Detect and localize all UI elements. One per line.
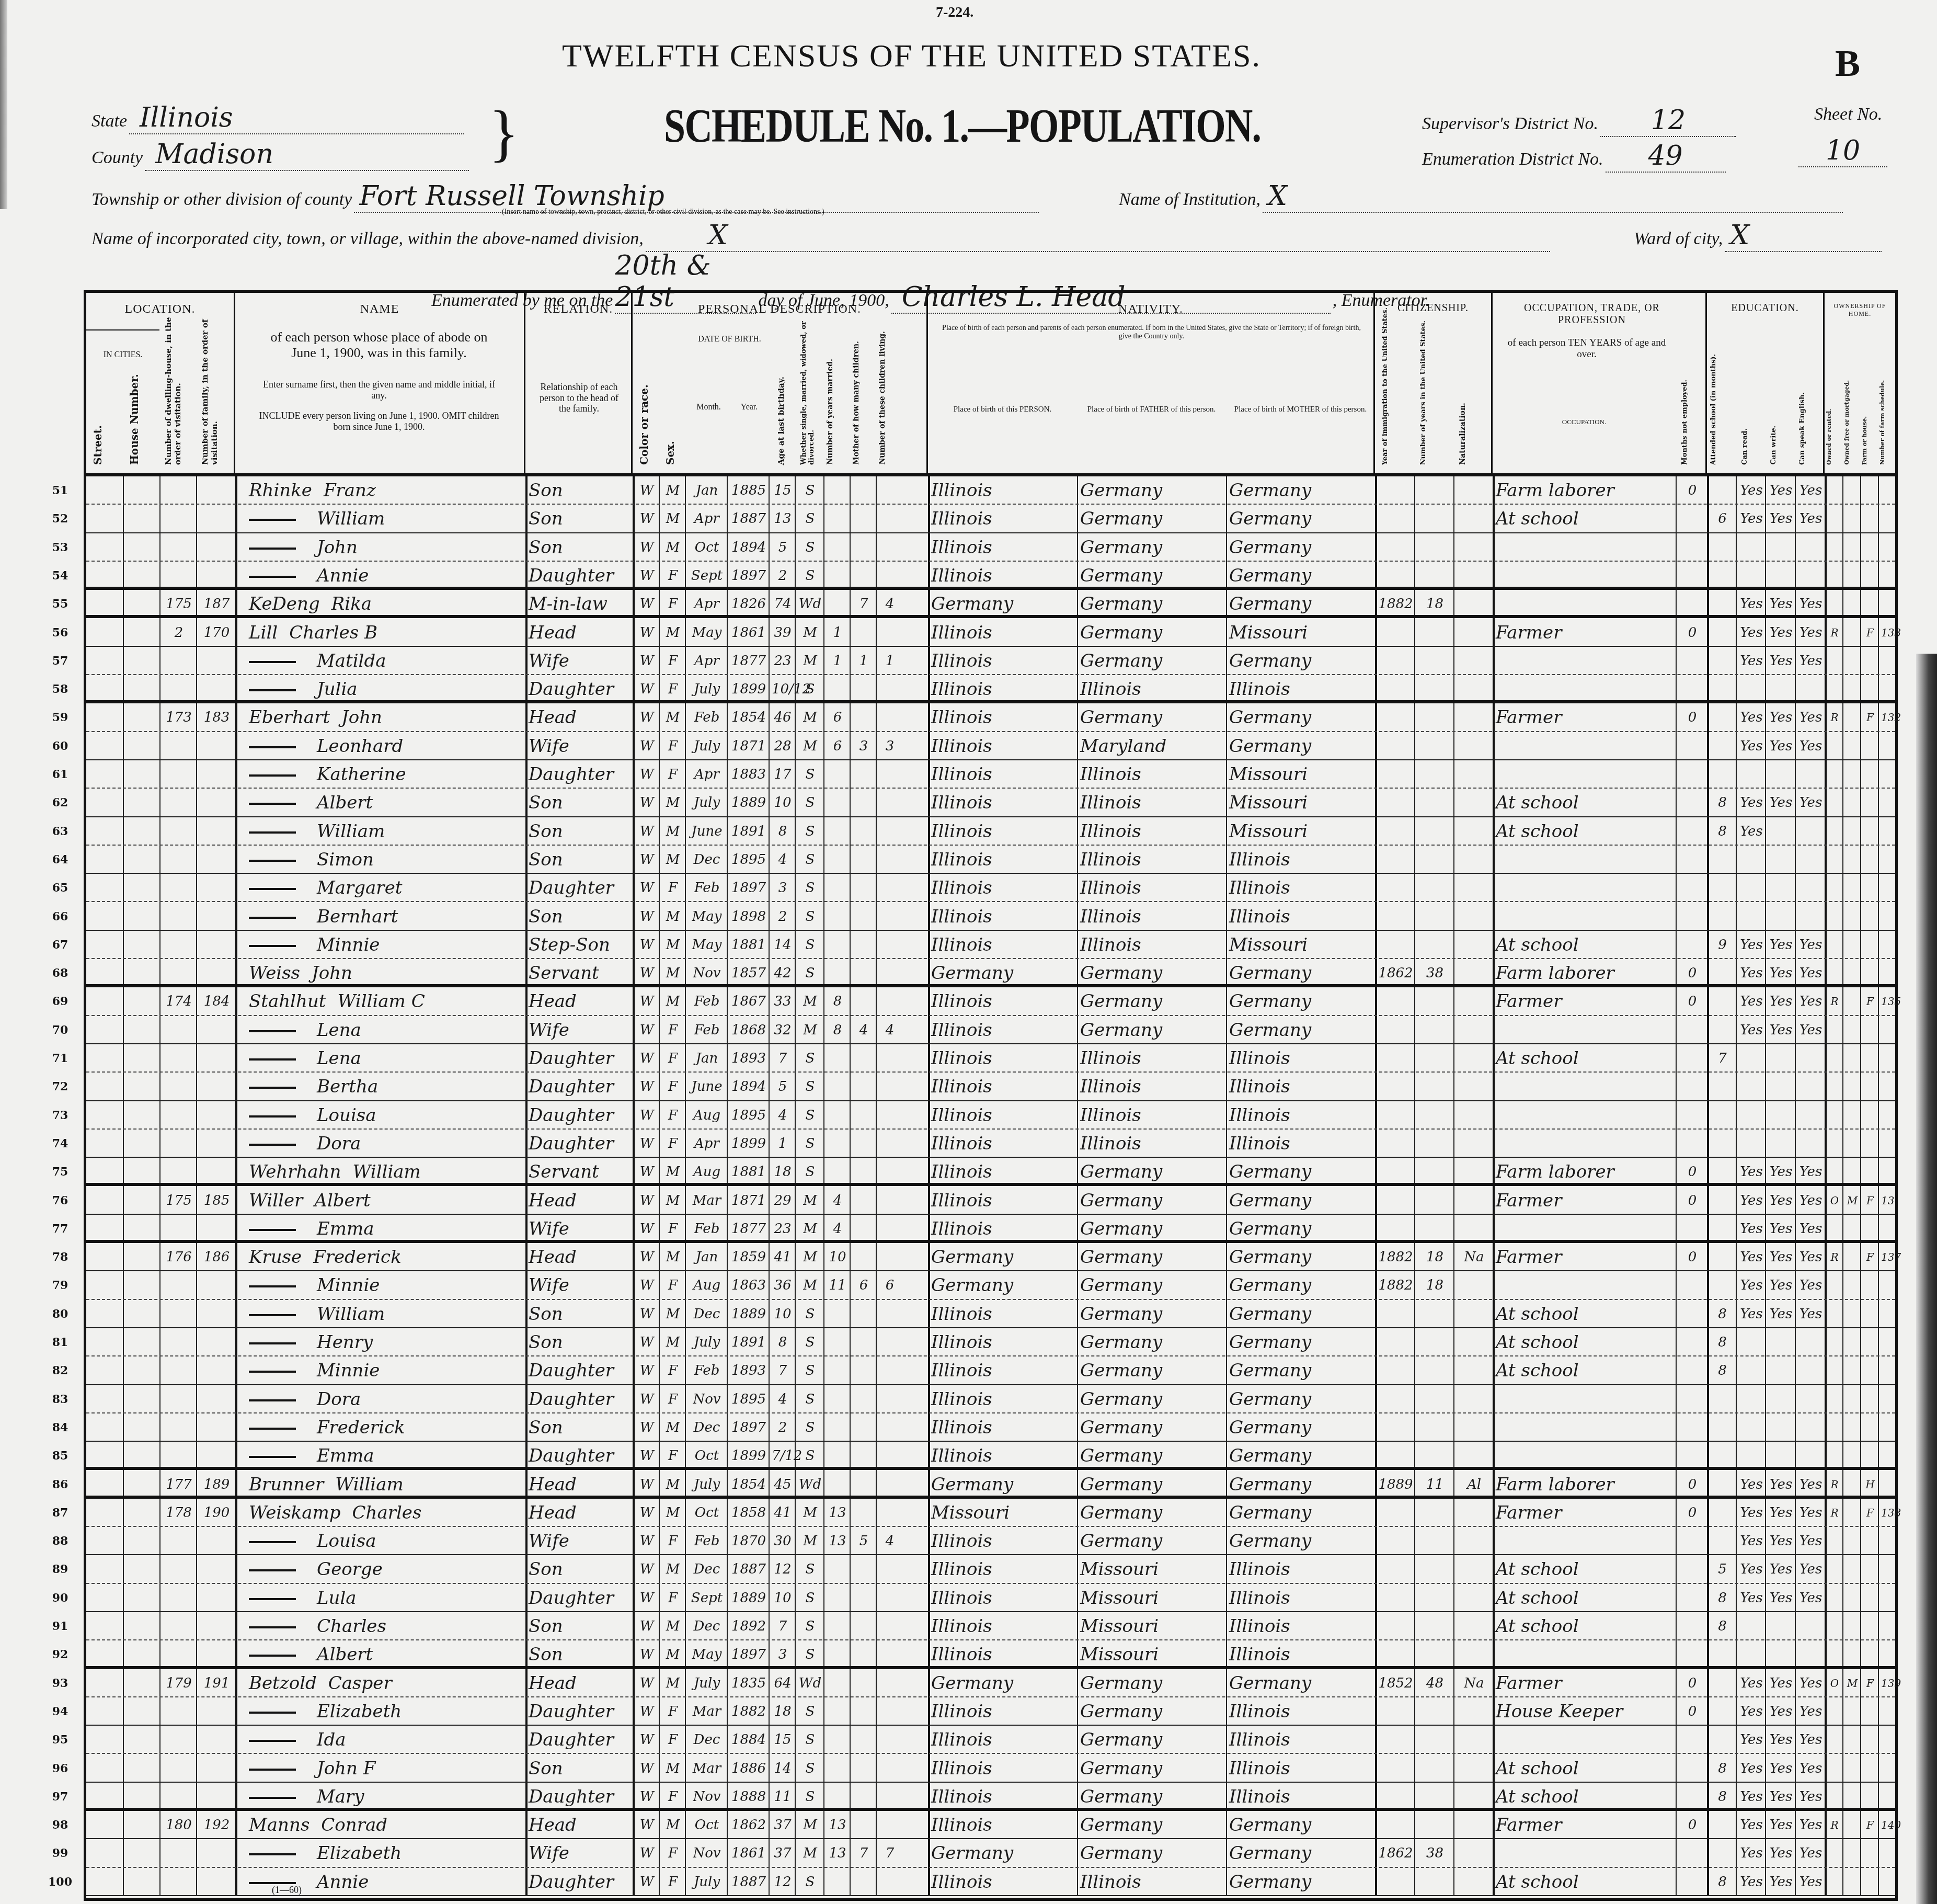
cell-imm bbox=[1378, 1527, 1413, 1554]
person-name: KeDengRika bbox=[238, 590, 524, 615]
cell-age: 4 bbox=[772, 1385, 794, 1412]
cell-yrs bbox=[1417, 1073, 1452, 1100]
cell-mort bbox=[1846, 533, 1859, 561]
cell-sex: M bbox=[662, 1640, 684, 1666]
cell-mo: 1 bbox=[853, 647, 875, 674]
cell-month: July bbox=[688, 1470, 726, 1496]
cell-fh bbox=[1863, 760, 1877, 788]
cell-fh bbox=[1863, 1328, 1877, 1355]
cell-school: 8 bbox=[1710, 1868, 1735, 1895]
cell-relation: Wife bbox=[529, 1527, 632, 1554]
cell-own bbox=[1828, 1640, 1841, 1666]
cell-fs: 138 bbox=[1881, 1499, 1894, 1526]
cell-dwelling bbox=[163, 1044, 195, 1071]
cell-imm bbox=[1378, 1215, 1413, 1240]
census-row: 84FrederickSonWMDec18972SIllinoisGermany… bbox=[86, 1413, 1895, 1442]
cell-fs bbox=[1881, 1073, 1894, 1100]
hdr-age: Age at last birthday. bbox=[776, 377, 786, 465]
cell-year: 1885 bbox=[730, 476, 767, 504]
cell-year: 1877 bbox=[730, 1215, 767, 1240]
surname bbox=[249, 1058, 296, 1061]
cell-sex: M bbox=[662, 476, 684, 504]
cell-bp: Illinois bbox=[931, 1612, 1076, 1639]
given-name: Matilda bbox=[317, 651, 386, 671]
cell-fh bbox=[1863, 1016, 1877, 1043]
cell-unemp bbox=[1679, 1130, 1706, 1157]
cell-fs bbox=[1881, 533, 1894, 561]
cell-bf: Illinois bbox=[1080, 1073, 1225, 1100]
cell-ym bbox=[827, 931, 849, 958]
cell-write: Yes bbox=[1768, 1754, 1794, 1782]
cell-ym bbox=[827, 1300, 849, 1327]
cell-ym bbox=[827, 1726, 849, 1753]
census-row: 98180192MannsConradHeadWMOct186237M13Ill… bbox=[86, 1811, 1895, 1839]
cell-dwelling: 178 bbox=[163, 1499, 195, 1526]
cell-mo bbox=[853, 619, 875, 646]
cell-unemp bbox=[1679, 1527, 1706, 1554]
cell-bf: Germany bbox=[1080, 505, 1225, 532]
surname bbox=[249, 888, 296, 890]
cell-unemp bbox=[1679, 1271, 1706, 1298]
cell-color: W bbox=[636, 590, 658, 615]
group-occupation: OCCUPATION, TRADE, OR PROFESSION of each… bbox=[1493, 293, 1707, 473]
surname bbox=[249, 774, 296, 777]
cell-mo bbox=[853, 987, 875, 1014]
census-row: 83DoraDaughterWFNov18954SIllinoisGermany… bbox=[86, 1385, 1895, 1413]
cell-bp: Illinois bbox=[931, 476, 1076, 504]
cell-mort bbox=[1846, 817, 1859, 845]
person-name: EberhartJohn bbox=[238, 703, 524, 731]
cell-mo: 4 bbox=[853, 1016, 875, 1043]
given-name: Elizabeth bbox=[317, 1843, 402, 1864]
cell-cl bbox=[879, 1783, 901, 1808]
cell-bf: Germany bbox=[1080, 1158, 1225, 1183]
cell-yrs bbox=[1417, 1697, 1452, 1725]
cell-occ: At school bbox=[1496, 817, 1675, 845]
cell-eng: Yes bbox=[1798, 1215, 1824, 1240]
cell-imm bbox=[1378, 505, 1413, 532]
cell-eng: Yes bbox=[1798, 1527, 1824, 1554]
cell-fh bbox=[1863, 590, 1877, 615]
cell-occ: Farmer bbox=[1496, 1669, 1675, 1696]
cell-yrs bbox=[1417, 476, 1452, 504]
cell-cl bbox=[879, 1442, 901, 1467]
cell-age: 32 bbox=[772, 1016, 794, 1043]
cell-relation: Son bbox=[529, 476, 632, 504]
hdr-marital: Whether single, married, widowed, or div… bbox=[800, 293, 816, 465]
cell-age: 10 bbox=[772, 789, 794, 816]
hdr-english: Can speak English. bbox=[1798, 392, 1806, 465]
cell-month: Feb bbox=[688, 1527, 726, 1554]
cell-ym: 13 bbox=[827, 1839, 849, 1866]
cell-eng: Yes bbox=[1798, 931, 1824, 958]
cell-relation: Son bbox=[529, 903, 632, 930]
cell-unemp bbox=[1679, 1783, 1706, 1808]
cell-yrs bbox=[1417, 1328, 1452, 1355]
cell-bm: Illinois bbox=[1229, 903, 1374, 930]
census-row: 76175185WillerAlbertHeadWMMar187129M4Ill… bbox=[86, 1187, 1895, 1215]
cell-fs bbox=[1881, 476, 1894, 504]
cell-write bbox=[1768, 1612, 1794, 1639]
cell-nat bbox=[1457, 1839, 1492, 1866]
line-number: 56 bbox=[44, 626, 76, 640]
cell-occ: At school bbox=[1496, 1044, 1675, 1071]
cell-sex: M bbox=[662, 505, 684, 532]
cell-marital: S bbox=[798, 476, 822, 504]
cell-unemp bbox=[1679, 1839, 1706, 1866]
cell-mort bbox=[1846, 1215, 1859, 1240]
cell-mo bbox=[853, 817, 875, 845]
surname: Manns bbox=[249, 1815, 310, 1835]
cell-bp: Illinois bbox=[931, 1385, 1076, 1412]
cell-bp: Illinois bbox=[931, 1101, 1076, 1128]
cell-nat bbox=[1457, 1527, 1492, 1554]
cell-bp: Illinois bbox=[931, 1783, 1076, 1808]
cell-read bbox=[1739, 675, 1764, 700]
table-body: 51RhinkeFranzSonWMJan188515SIllinoisGerm… bbox=[86, 476, 1895, 1896]
line-number: 85 bbox=[44, 1449, 76, 1463]
census-row: 70LenaWifeWFFeb186832M844IllinoisGermany… bbox=[86, 1016, 1895, 1044]
cell-age: 23 bbox=[772, 647, 794, 674]
cell-age: 4 bbox=[772, 1101, 794, 1128]
cell-dwelling bbox=[163, 817, 195, 845]
cell-nat bbox=[1457, 1868, 1492, 1895]
cell-read bbox=[1739, 1413, 1764, 1441]
cell-yrs bbox=[1417, 874, 1452, 901]
cell-occ bbox=[1496, 874, 1675, 901]
cell-occ: Farmer bbox=[1496, 987, 1675, 1014]
given-name: Conrad bbox=[321, 1815, 387, 1835]
cell-bm: Germany bbox=[1229, 1499, 1374, 1526]
cell-color: W bbox=[636, 1811, 658, 1838]
cell-marital: S bbox=[798, 1413, 822, 1441]
cell-unemp bbox=[1679, 590, 1706, 615]
cell-bf: Germany bbox=[1080, 987, 1225, 1014]
cell-fs bbox=[1881, 1413, 1894, 1441]
cell-age: 7/12 bbox=[772, 1442, 794, 1467]
cell-occ: House Keeper bbox=[1496, 1697, 1675, 1725]
cell-color: W bbox=[636, 1669, 658, 1696]
cell-age: 15 bbox=[772, 476, 794, 504]
cell-fs bbox=[1881, 1385, 1894, 1412]
cell-sex: F bbox=[662, 647, 684, 674]
cell-school: 8 bbox=[1710, 817, 1735, 845]
cell-cl bbox=[879, 1158, 901, 1183]
cell-relation: Daughter bbox=[529, 760, 632, 788]
cell-occ bbox=[1496, 903, 1675, 930]
cell-own bbox=[1828, 1697, 1841, 1725]
given-name: Emma bbox=[317, 1218, 374, 1239]
cell-family bbox=[199, 1328, 234, 1355]
cell-read: Yes bbox=[1739, 1697, 1764, 1725]
cell-family: 184 bbox=[199, 987, 234, 1014]
cell-dwelling: 180 bbox=[163, 1811, 195, 1838]
cell-age: 28 bbox=[772, 732, 794, 759]
cell-unemp: 0 bbox=[1679, 1811, 1706, 1838]
surname bbox=[249, 917, 296, 919]
given-name: Albert bbox=[317, 1644, 373, 1665]
cell-mort bbox=[1846, 1243, 1859, 1270]
surname: Stahlhut bbox=[249, 991, 326, 1012]
line-number: 86 bbox=[44, 1478, 76, 1491]
cell-mort bbox=[1846, 1385, 1859, 1412]
cell-mo: 7 bbox=[853, 1839, 875, 1866]
given-name: Charles bbox=[317, 1616, 386, 1637]
schedule-title: SCHEDULE No. 1.—POPULATION. bbox=[664, 99, 1260, 153]
cell-family bbox=[199, 732, 234, 759]
cell-yrs bbox=[1417, 987, 1452, 1014]
cell-family bbox=[199, 789, 234, 816]
cell-mo: 6 bbox=[853, 1271, 875, 1298]
cell-mo bbox=[853, 1470, 875, 1496]
cell-color: W bbox=[636, 1754, 658, 1782]
cell-fh: F bbox=[1863, 703, 1877, 731]
census-row: 93179191BetzoldCasperHeadWMJuly183564WdG… bbox=[86, 1669, 1895, 1697]
cell-sex: F bbox=[662, 1016, 684, 1043]
cell-nat bbox=[1457, 789, 1492, 816]
cell-read: Yes bbox=[1739, 1811, 1764, 1838]
cell-month: Feb bbox=[688, 874, 726, 901]
surname bbox=[249, 1087, 296, 1089]
cell-eng: Yes bbox=[1798, 1754, 1824, 1782]
hdr-street: Street. bbox=[91, 425, 104, 465]
cell-mort bbox=[1846, 1130, 1859, 1157]
cell-fs bbox=[1881, 1328, 1894, 1355]
cell-family bbox=[199, 1697, 234, 1725]
line-number: 55 bbox=[44, 597, 76, 611]
cell-age: 4 bbox=[772, 846, 794, 873]
cell-marital: S bbox=[798, 846, 822, 873]
census-row: 80WilliamSonWMDec188910SIllinoisGermanyG… bbox=[86, 1300, 1895, 1328]
cell-nat bbox=[1457, 1612, 1492, 1639]
cell-fh bbox=[1863, 505, 1877, 532]
cell-bf: Germany bbox=[1080, 1442, 1225, 1467]
cell-relation: Wife bbox=[529, 1016, 632, 1043]
cell-nat bbox=[1457, 1783, 1492, 1808]
cell-age: 10/12 bbox=[772, 675, 794, 700]
cell-read: Yes bbox=[1739, 1584, 1764, 1611]
cell-ym: 4 bbox=[827, 1215, 849, 1240]
cell-mort bbox=[1846, 1555, 1859, 1582]
surname: Brunner bbox=[249, 1474, 324, 1495]
cell-school: 8 bbox=[1710, 1300, 1735, 1327]
birth-person-label: Place of birth of this PERSON. bbox=[928, 405, 1077, 414]
cell-marital: S bbox=[798, 1385, 822, 1412]
cell-fs bbox=[1881, 1754, 1894, 1782]
cell-month: Nov bbox=[688, 1783, 726, 1808]
cell-mo bbox=[853, 1187, 875, 1214]
census-row: 59173183EberhartJohnHeadWMFeb185446M6Ill… bbox=[86, 703, 1895, 732]
cell-month: Sept bbox=[688, 562, 726, 587]
cell-bf: Germany bbox=[1080, 533, 1225, 561]
cell-school: 8 bbox=[1710, 1783, 1735, 1808]
cell-imm bbox=[1378, 931, 1413, 958]
cell-yrs bbox=[1417, 817, 1452, 845]
cell-age: 37 bbox=[772, 1839, 794, 1866]
cell-year: 1871 bbox=[730, 1187, 767, 1214]
cell-mort bbox=[1846, 1584, 1859, 1611]
cell-age: 14 bbox=[772, 931, 794, 958]
cell-family bbox=[199, 1527, 234, 1554]
cell-dwelling bbox=[163, 1783, 195, 1808]
cell-mo bbox=[853, 1669, 875, 1696]
cell-bf: Germany bbox=[1080, 1215, 1225, 1240]
cell-marital: S bbox=[798, 1697, 822, 1725]
cell-cl bbox=[879, 987, 901, 1014]
census-row: 60LeonhardWifeWFJuly187128M633IllinoisMa… bbox=[86, 732, 1895, 760]
cell-fh bbox=[1863, 1385, 1877, 1412]
cell-ym: 8 bbox=[827, 1016, 849, 1043]
cell-write: Yes bbox=[1768, 732, 1794, 759]
given-name: Charles bbox=[352, 1502, 422, 1523]
cell-fh bbox=[1863, 1868, 1877, 1895]
cell-cl bbox=[879, 1584, 901, 1611]
cell-school bbox=[1710, 1811, 1735, 1838]
given-name: Minnie bbox=[317, 934, 380, 955]
hdr-immigration: Year of immigration to the United States… bbox=[1381, 307, 1389, 465]
line-number: 94 bbox=[44, 1705, 76, 1718]
cell-unemp: 0 bbox=[1679, 1669, 1706, 1696]
cell-nat bbox=[1457, 1555, 1492, 1582]
cell-occ bbox=[1496, 1385, 1675, 1412]
line-number: 77 bbox=[44, 1222, 76, 1236]
cell-fs bbox=[1881, 1527, 1894, 1554]
cell-imm bbox=[1378, 789, 1413, 816]
cell-family bbox=[199, 533, 234, 561]
cell-unemp: 0 bbox=[1679, 1499, 1706, 1526]
group-location: LOCATION. IN CITIES. Street. House Numbe… bbox=[86, 293, 235, 473]
cell-eng bbox=[1798, 1328, 1824, 1355]
cell-relation: Head bbox=[529, 703, 632, 731]
cell-cl bbox=[879, 789, 901, 816]
cell-bm: Germany bbox=[1229, 1328, 1374, 1355]
cell-eng: Yes bbox=[1798, 1271, 1824, 1298]
cell-imm bbox=[1378, 476, 1413, 504]
cell-school bbox=[1710, 732, 1735, 759]
cell-mort bbox=[1846, 1413, 1859, 1441]
cell-relation: Son bbox=[529, 846, 632, 873]
cell-month: Oct bbox=[688, 1499, 726, 1526]
surname bbox=[249, 1655, 296, 1657]
hdr-farm-house: Farm or house. bbox=[1861, 416, 1868, 465]
cell-bp: Illinois bbox=[931, 1584, 1076, 1611]
cell-own bbox=[1828, 1868, 1841, 1895]
cell-unemp: 0 bbox=[1679, 959, 1706, 984]
cell-marital: M bbox=[798, 703, 822, 731]
cell-sex: F bbox=[662, 562, 684, 587]
cell-month: July bbox=[688, 732, 726, 759]
cell-school bbox=[1710, 1016, 1735, 1043]
cell-month: Oct bbox=[688, 533, 726, 561]
cell-bp: Illinois bbox=[931, 817, 1076, 845]
cell-read bbox=[1739, 1640, 1764, 1666]
cell-relation: Daughter bbox=[529, 1044, 632, 1071]
cell-occ bbox=[1496, 1130, 1675, 1157]
cell-bm: Germany bbox=[1229, 1413, 1374, 1441]
city-value: X bbox=[646, 220, 1550, 252]
cell-month: June bbox=[688, 1073, 726, 1100]
cell-imm bbox=[1378, 817, 1413, 845]
cell-read: Yes bbox=[1739, 732, 1764, 759]
given-name: Elizabeth bbox=[317, 1701, 402, 1722]
cell-unemp bbox=[1679, 1726, 1706, 1753]
cell-write bbox=[1768, 1385, 1794, 1412]
cell-year: 1857 bbox=[730, 959, 767, 984]
cell-occ: Farmer bbox=[1496, 1187, 1675, 1214]
cell-write bbox=[1768, 1044, 1794, 1071]
hdr-mother-of: Mother of how many children. bbox=[852, 341, 861, 465]
census-row: 65MargaretDaughterWFFeb18973SIllinoisIll… bbox=[86, 874, 1895, 902]
cell-sex: M bbox=[662, 817, 684, 845]
cell-nat: Na bbox=[1457, 1243, 1492, 1270]
cell-bp: Germany bbox=[931, 1243, 1076, 1270]
cell-own bbox=[1828, 959, 1841, 984]
cell-bm: Illinois bbox=[1229, 1073, 1374, 1100]
cell-cl bbox=[879, 675, 901, 700]
cell-eng bbox=[1798, 675, 1824, 700]
cell-fs: 140 bbox=[1881, 1811, 1894, 1838]
cell-eng bbox=[1798, 533, 1824, 561]
cell-sex: F bbox=[662, 1044, 684, 1071]
cell-ym bbox=[827, 789, 849, 816]
cell-color: W bbox=[636, 1356, 658, 1384]
cell-unemp: 0 bbox=[1679, 476, 1706, 504]
cell-dwelling bbox=[163, 1356, 195, 1384]
person-name: Minnie bbox=[238, 1356, 524, 1384]
cell-yrs bbox=[1417, 1726, 1452, 1753]
cell-read: Yes bbox=[1739, 987, 1764, 1014]
given-name: William bbox=[317, 1304, 385, 1325]
given-name: Mary bbox=[317, 1786, 364, 1807]
cell-marital: S bbox=[798, 1300, 822, 1327]
township-note: (Insert name of township, town, precinct… bbox=[502, 208, 824, 216]
cell-color: W bbox=[636, 647, 658, 674]
cell-mort bbox=[1846, 562, 1859, 587]
cell-month: Nov bbox=[688, 1385, 726, 1412]
cell-occ: Farmer bbox=[1496, 1243, 1675, 1270]
surname bbox=[249, 1229, 296, 1231]
cell-dwelling bbox=[163, 874, 195, 901]
cell-marital: S bbox=[798, 533, 822, 561]
cell-eng: Yes bbox=[1798, 732, 1824, 759]
hdr-house: House Number. bbox=[128, 374, 141, 465]
cell-sex: F bbox=[662, 1271, 684, 1298]
cell-read: Yes bbox=[1739, 1499, 1764, 1526]
line-number: 69 bbox=[44, 995, 76, 1008]
surname bbox=[249, 1797, 296, 1799]
cell-mort bbox=[1846, 732, 1859, 759]
surname: Rhinke bbox=[249, 480, 312, 501]
cell-mo bbox=[853, 1555, 875, 1582]
cell-own bbox=[1828, 1101, 1841, 1128]
cell-yrs bbox=[1417, 846, 1452, 873]
cell-color: W bbox=[636, 476, 658, 504]
cell-relation: Wife bbox=[529, 1215, 632, 1240]
cell-ym bbox=[827, 1158, 849, 1183]
cell-cl bbox=[879, 1470, 901, 1496]
cell-read bbox=[1739, 533, 1764, 561]
cell-mort bbox=[1846, 1839, 1859, 1866]
cell-marital: M bbox=[798, 1811, 822, 1838]
cell-bm: Missouri bbox=[1229, 817, 1374, 845]
cell-own: R bbox=[1828, 1243, 1841, 1270]
surname bbox=[249, 1285, 296, 1287]
cell-mort bbox=[1846, 703, 1859, 731]
cell-sex: F bbox=[662, 590, 684, 615]
cell-mort bbox=[1846, 903, 1859, 930]
cell-write: Yes bbox=[1768, 703, 1794, 731]
cell-marital: M bbox=[798, 1527, 822, 1554]
